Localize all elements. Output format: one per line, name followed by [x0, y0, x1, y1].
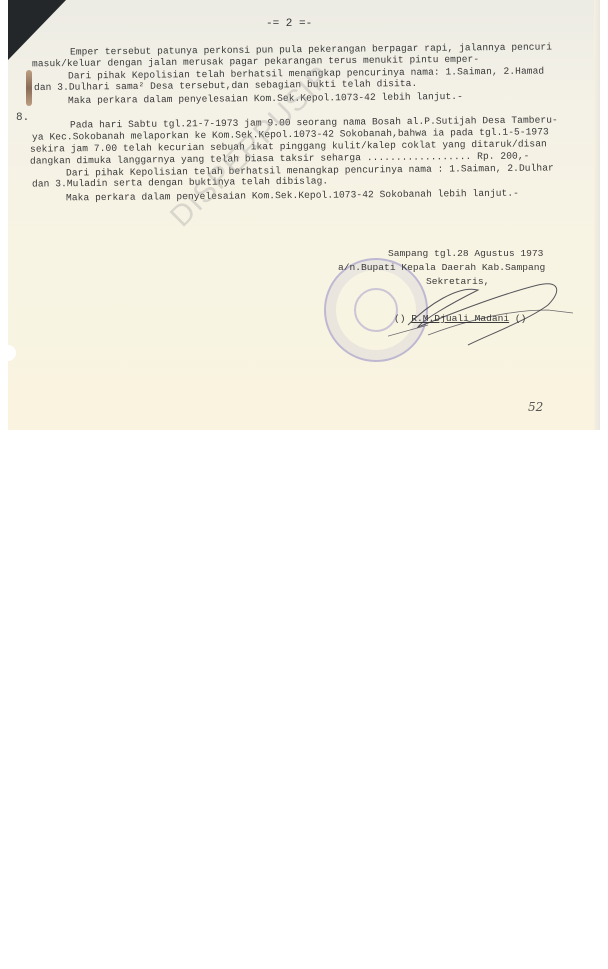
scan-dark-corner: [8, 0, 66, 60]
paragraph-1-line-5: Maka perkara dalam penyelesaian Kom.Sek.…: [68, 91, 463, 106]
page-marker: -= 2 =-: [266, 18, 312, 30]
paragraph-2-line-6: dan 3.Muladin serta dengan buktinya tela…: [32, 175, 328, 189]
paragraph-2-line-7: Maka perkara dalam penyelesaian Kom.Sek.…: [66, 188, 519, 204]
scanned-document-page: -= 2 =- Emper tersebut patunya perkonsi …: [8, 0, 600, 430]
page-edge: [594, 0, 600, 430]
handwritten-signature: [388, 265, 588, 355]
paper-stain: [26, 70, 32, 106]
signature-place-date: Sampang tgl.28 Agustus 1973: [388, 248, 543, 259]
item-number: 8.: [16, 112, 29, 124]
archive-number: 52: [528, 400, 543, 414]
punch-hole: [8, 345, 16, 361]
